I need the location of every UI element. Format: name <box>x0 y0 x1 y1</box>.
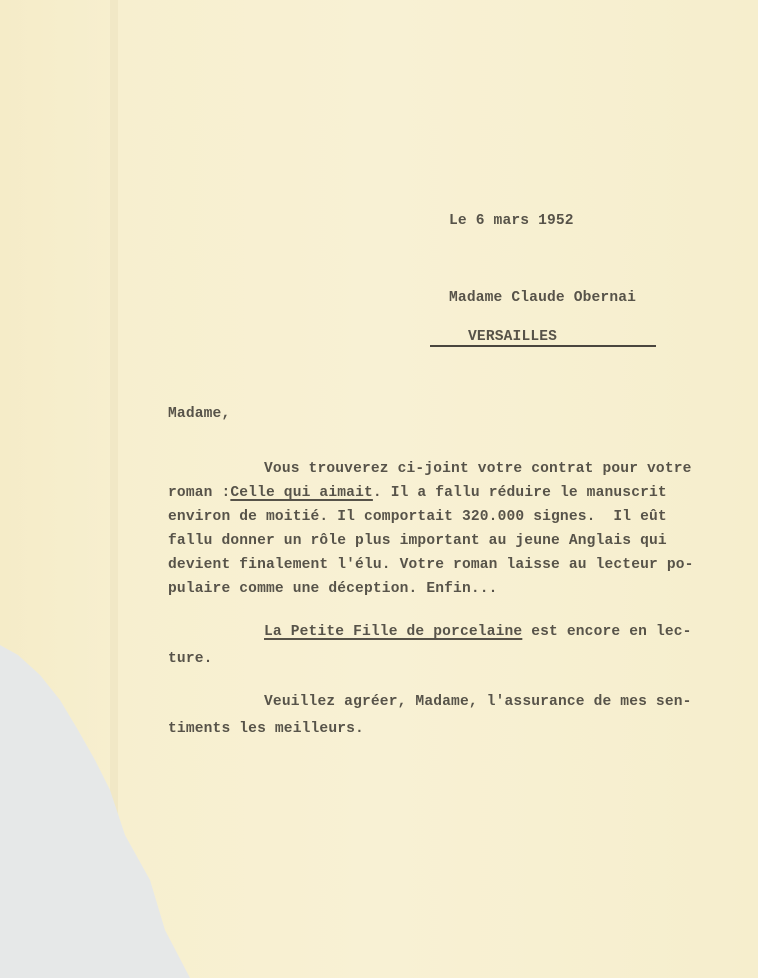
line2-prefix: roman : <box>168 485 230 501</box>
paragraph1-line1: Vous trouverez ci-joint votre contrat po… <box>264 461 692 477</box>
paragraph2-line1: La Petite Fille de porcelaine est encore… <box>264 624 692 640</box>
closing-line2: timents les meilleurs. <box>168 721 364 737</box>
letter-date: Le 6 mars 1952 <box>449 213 574 229</box>
letter-paper: Le 6 mars 1952 Madame Claude Obernai VER… <box>0 0 758 978</box>
novel-title-petite-fille: La Petite Fille de porcelaine <box>264 624 522 640</box>
address-underline <box>430 345 656 347</box>
closing-line1: Veuillez agréer, Madame, l'assurance de … <box>264 694 692 710</box>
paragraph2-line2: ture. <box>168 651 213 667</box>
paragraph1-line2: roman :Celle qui aimait. Il a fallu rédu… <box>168 485 667 501</box>
line2-suffix: . Il a fallu réduire le manuscrit <box>373 485 667 501</box>
paragraph1-line6: pulaire comme une déception. Enfin... <box>168 581 498 597</box>
paragraph2-suffix: est encore en lec- <box>522 624 691 640</box>
novel-title-celle-qui-aimait: Celle qui aimait <box>230 485 373 501</box>
paragraph1-line3: environ de moitié. Il comportait 320.000… <box>168 509 667 525</box>
salutation: Madame, <box>168 406 230 422</box>
paragraph1-line4: fallu donner un rôle plus important au j… <box>168 533 667 549</box>
recipient-city: VERSAILLES <box>468 329 557 345</box>
recipient-name: Madame Claude Obernai <box>449 290 636 306</box>
paragraph1-line5: devient finalement l'élu. Votre roman la… <box>168 557 694 573</box>
